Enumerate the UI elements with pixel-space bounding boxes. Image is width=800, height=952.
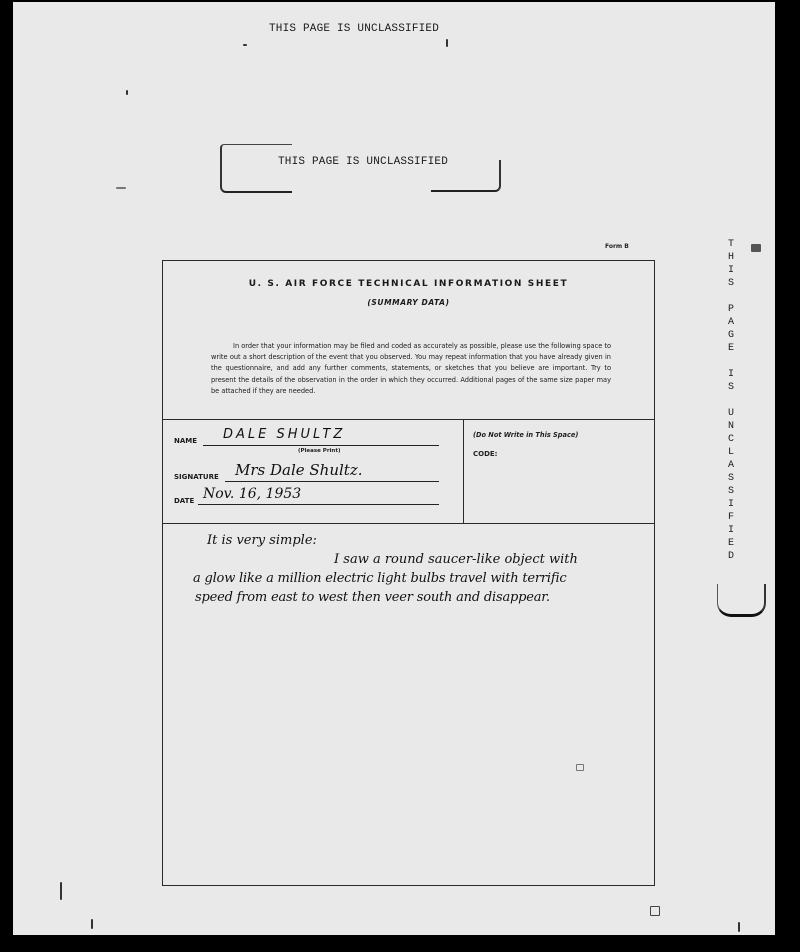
code-label: CODE: (473, 450, 497, 458)
vertical-stamp-letter: T (725, 238, 737, 251)
vertical-stamp-letter: L (725, 446, 737, 459)
divider (463, 419, 464, 523)
signature-underline (225, 480, 439, 482)
date-label: DATE (174, 497, 194, 505)
vertical-stamp-letter: C (725, 433, 737, 446)
scan-artifact (60, 882, 62, 900)
vertical-stamp-letter: S (725, 472, 737, 485)
stamp-bracket-vertical (717, 584, 766, 617)
date-field[interactable]: Nov. 16, 1953 (203, 486, 301, 502)
scan-artifact (446, 39, 448, 47)
scan-artifact (650, 906, 660, 916)
classification-stamp-middle: THIS PAGE IS UNCLASSIFIED (278, 156, 448, 168)
divider (163, 523, 654, 524)
signature-label: SIGNATURE (174, 473, 219, 481)
vertical-stamp-letter: F (725, 511, 737, 524)
vertical-stamp-letter: N (725, 420, 737, 433)
vertical-stamp-letter: A (725, 459, 737, 472)
vertical-stamp-letter: G (725, 329, 737, 342)
vertical-stamp-letter: S (725, 381, 737, 394)
vertical-stamp-letter: I (725, 264, 737, 277)
form-instructions: In order that your information may be fi… (211, 341, 611, 397)
scan-artifact (243, 44, 247, 46)
vertical-stamp-letter: A (725, 316, 737, 329)
name-underline (203, 444, 439, 446)
document-page: THIS PAGE IS UNCLASSIFIED THIS PAGE IS U… (13, 2, 775, 935)
vertical-stamp-letter (725, 394, 737, 407)
narrative-line: speed from east to west then veer south … (195, 588, 649, 607)
vertical-stamp-letter: H (725, 251, 737, 264)
stamp-bracket-left (220, 144, 292, 193)
signature-field[interactable]: Mrs Dale Shultz. (235, 461, 363, 479)
vertical-stamp-letter (725, 355, 737, 368)
vertical-stamp-letter (725, 290, 737, 303)
vertical-stamp-letter: D (725, 550, 737, 563)
narrative-line: It is very simple: (207, 531, 649, 550)
scan-artifact (738, 922, 740, 932)
name-field[interactable]: DALE SHULTZ (223, 427, 345, 442)
vertical-stamp-letter: E (725, 537, 737, 550)
vertical-stamp-letter: I (725, 368, 737, 381)
vertical-stamp-letter: I (725, 498, 737, 511)
scan-artifact (751, 244, 761, 252)
narrative-line: a glow like a million electric light bul… (193, 569, 649, 588)
form-subtitle: (SUMMARY DATA) (163, 298, 654, 307)
scan-artifact (91, 919, 93, 929)
scan-artifact (576, 764, 584, 771)
office-use-note: (Do Not Write in This Space) (473, 431, 578, 439)
classification-stamp-top: THIS PAGE IS UNCLASSIFIED (269, 23, 439, 35)
vertical-stamp-letter: P (725, 303, 737, 316)
form-id: Form B (605, 243, 629, 250)
vertical-stamp-letter: I (725, 524, 737, 537)
vertical-stamp-letter: S (725, 277, 737, 290)
instructions-text: In order that your information may be fi… (211, 342, 611, 395)
narrative-line: I saw a round saucer-like object with (334, 550, 649, 569)
date-underline (198, 503, 439, 505)
classification-stamp-vertical: THISPAGEISUNCLASSIFIED (725, 238, 737, 563)
vertical-stamp-letter: U (725, 407, 737, 420)
divider (163, 419, 654, 420)
technical-information-sheet: U. S. AIR FORCE TECHNICAL INFORMATION SH… (162, 260, 655, 886)
name-hint: (Please Print) (298, 448, 340, 454)
vertical-stamp-letter: E (725, 342, 737, 355)
narrative-area[interactable]: It is very simple: I saw a round saucer-… (189, 531, 649, 607)
scan-artifact (116, 187, 126, 189)
name-label: NAME (174, 437, 197, 445)
form-title: U. S. AIR FORCE TECHNICAL INFORMATION SH… (163, 279, 654, 289)
vertical-stamp-letter: S (725, 485, 737, 498)
scan-artifact (126, 90, 128, 95)
